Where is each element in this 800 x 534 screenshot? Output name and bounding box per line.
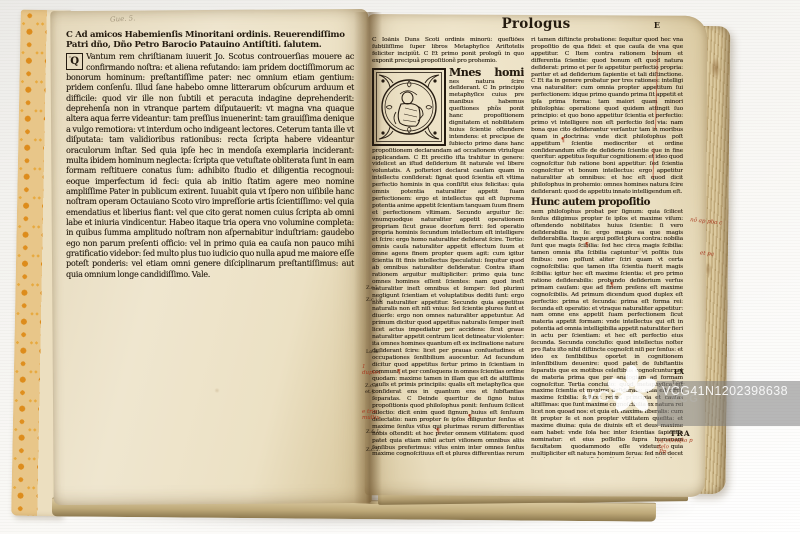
left-page-text-block: C Ad amicos Habemienſis Minoritani ordin… [66, 30, 354, 280]
red-margin-note: e tria multix [362, 409, 381, 421]
incipit-rubric: C Ioãnis Duns Scoti ordinis minorũ: queſ… [372, 37, 524, 65]
woodcut-initial [372, 68, 446, 146]
signature-mark: E [654, 20, 660, 30]
margin-note: Z.c.z. et.§. [365, 384, 382, 395]
pencil-inscription: Gue. 5. [110, 14, 136, 23]
incipit-large-text: Mnes homi [449, 66, 524, 79]
red-pilcrow-mark: ¶ [561, 137, 565, 144]
watermark-id-band: VCG41N1202398638 [657, 381, 800, 426]
red-pilcrow-mark: ¶ [436, 428, 440, 435]
column-2-body-1: ri tamen diſtincte probatione: ſequitur … [531, 37, 683, 195]
column-1: C Ioãnis Duns Scoti ordinis minorũ: queſ… [372, 37, 524, 458]
stock-photo-antique-book: Gue. 5. C Ad amicos Habemienſis Minorita… [0, 0, 800, 534]
red-pilcrow-mark: ¶ [397, 369, 401, 376]
mid-column-heading: Hunc autem propoſitio [531, 197, 683, 208]
dedication-heading: C Ad amicos Habemienſis Minoritani ordin… [66, 30, 354, 50]
prologus-header: Prologus [372, 16, 700, 33]
red-pilcrow-mark: ¶ [468, 414, 472, 421]
vcg-flower-icon [606, 365, 658, 414]
decorated-initial-q: Q [66, 53, 83, 70]
dedication-body-text: Vantum rem chriſtianam iuuerit Jo. Scotu… [66, 52, 354, 278]
foxing-stain [214, 388, 220, 393]
red-annotation: Pp. [659, 449, 668, 455]
margin-note: Z.c.ĩ. [366, 286, 383, 292]
dedication-body: QVantum rem chriſtianam iuuerit Jo. Scot… [66, 52, 354, 280]
margin-note: Z.&.ĩ. [366, 430, 383, 436]
red-pilcrow-mark: ¶ [610, 282, 614, 289]
red-pilcrow-mark: ¶ [585, 242, 589, 249]
red-margin-note: 1 duplex [362, 364, 382, 376]
margin-note: Z.c.5. [366, 448, 383, 454]
margin-note: Z.c.i.q. [366, 298, 383, 304]
margin-note: Lo.&. [366, 350, 383, 356]
watermark-id-text: VCG41N1202398638 [657, 381, 800, 398]
